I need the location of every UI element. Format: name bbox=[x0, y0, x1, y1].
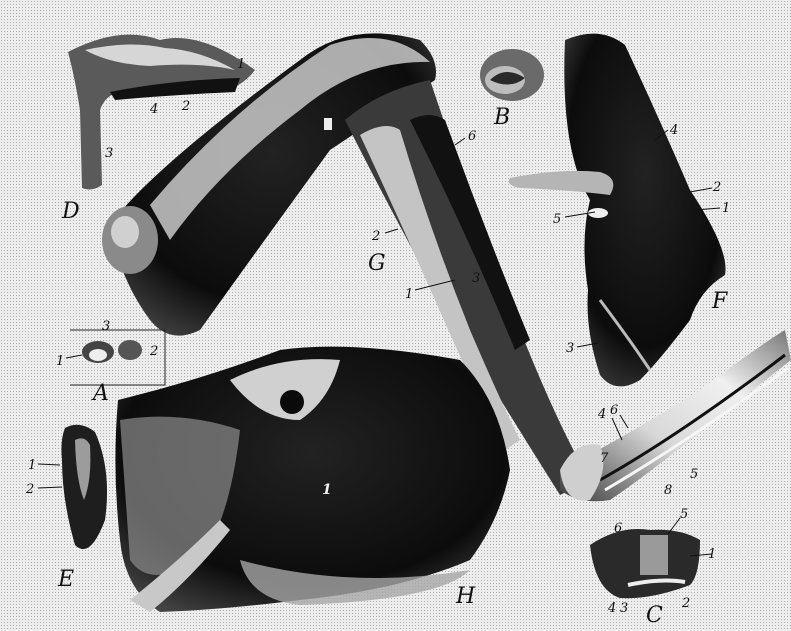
panel-a-callout-1: 1 bbox=[56, 354, 64, 369]
panel-e-letter: E bbox=[57, 567, 74, 592]
panel-f-callout-5: 5 bbox=[553, 212, 561, 227]
plate-illustration: D 1 2 3 4 B G 6 2 1 3 F 4 2 1 5 3 A 3 1 … bbox=[0, 0, 791, 631]
panel-d-callout-3: 3 bbox=[105, 146, 113, 161]
limb-callout-4: 4 bbox=[597, 407, 606, 422]
panel-a-callout-3: 3 bbox=[102, 319, 110, 334]
panel-c-letter: C bbox=[646, 603, 663, 628]
panel-f-callout-1: 1 bbox=[722, 201, 730, 216]
panel-c-callout-5: 5 bbox=[680, 507, 688, 522]
panel-d-callout-1: 1 bbox=[237, 57, 245, 72]
limb-callout-7: 7 bbox=[600, 451, 609, 466]
panel-g-callout-2: 2 bbox=[371, 229, 380, 244]
panel-f-callout-2: 2 bbox=[712, 180, 721, 195]
panel-h-letter: H bbox=[455, 584, 476, 609]
panel-e-callout-1: 1 bbox=[28, 458, 36, 473]
limb-callout-6: 6 bbox=[610, 403, 618, 418]
panel-d-callout-2: 2 bbox=[181, 99, 190, 114]
limb-callout-8: 8 bbox=[664, 483, 672, 498]
panel-a-callout-2: 2 bbox=[149, 344, 158, 359]
panel-c-callout-6: 6 bbox=[614, 521, 622, 536]
panel-f-letter: F bbox=[711, 289, 728, 314]
panel-d-letter: D bbox=[61, 199, 80, 224]
panel-g-callout-1: 1 bbox=[405, 287, 413, 302]
panel-a-letter: A bbox=[91, 381, 109, 406]
panel-f-callout-4: 4 bbox=[669, 123, 678, 138]
limb-callout-5: 5 bbox=[690, 467, 698, 482]
panel-e-callout-2: 2 bbox=[25, 482, 34, 497]
panel-h-callout-1: 1 bbox=[322, 482, 332, 498]
panel-d-callout-4: 4 bbox=[149, 102, 158, 117]
panel-c-callout-3: 3 bbox=[620, 601, 628, 616]
panel-f-callout-3: 3 bbox=[566, 341, 574, 356]
panel-c-callout-1: 1 bbox=[708, 547, 716, 562]
panel-b-specimen bbox=[480, 49, 544, 101]
panel-c-callout-2: 2 bbox=[681, 596, 690, 611]
panel-g-callout-6: 6 bbox=[468, 129, 476, 144]
panel-b-letter: B bbox=[493, 105, 510, 130]
panel-g-letter: G bbox=[368, 251, 386, 276]
anatomical-plate: D 1 2 3 4 B G 6 2 1 3 F 4 2 1 5 3 A 3 1 … bbox=[0, 0, 791, 631]
panel-g-callout-3: 3 bbox=[472, 271, 480, 286]
panel-c-callout-4: 4 bbox=[607, 601, 616, 616]
